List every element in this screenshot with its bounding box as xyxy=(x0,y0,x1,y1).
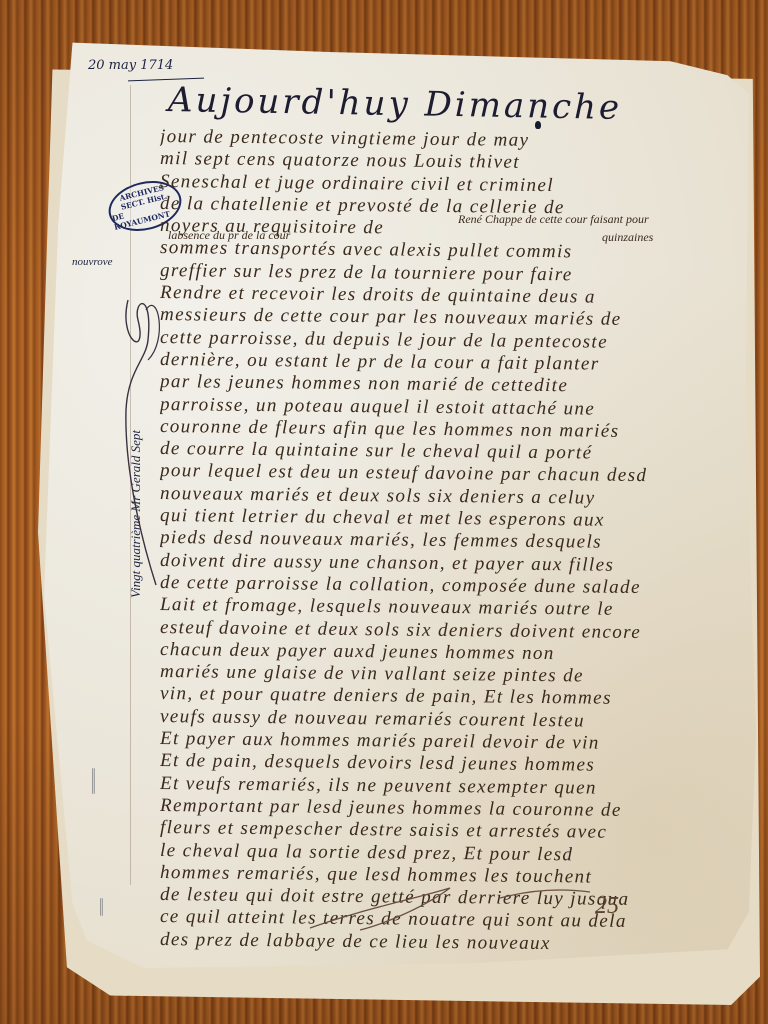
straight-pin xyxy=(100,898,103,916)
margin-word: nouvrove xyxy=(72,256,113,268)
folio-number: 25 xyxy=(595,893,619,920)
date-annotation: 20 may 1714 xyxy=(88,58,173,73)
straight-pin xyxy=(92,768,95,794)
interlinear-note: quinzaines xyxy=(602,230,653,245)
interlinear-note: labsence du pr de la cour xyxy=(168,228,290,243)
signature-flourish xyxy=(300,880,640,940)
document-title: Aujourd'huy Dimanche xyxy=(168,80,623,128)
manuscript-body: jour de pentecoste vingtieme jour de may… xyxy=(160,126,760,951)
interlinear-note: René Chappe de cette cour faisant pour xyxy=(458,212,649,227)
